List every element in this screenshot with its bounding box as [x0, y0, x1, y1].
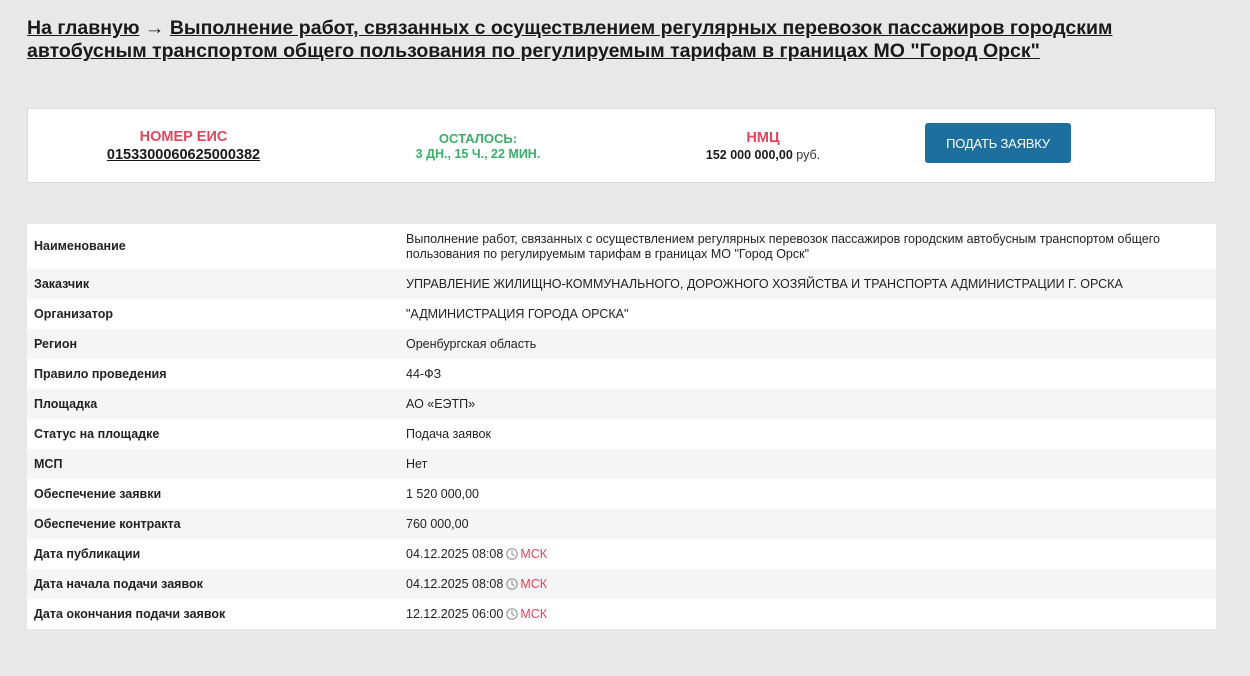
timezone-label: МСК: [520, 577, 547, 591]
row-value: "АДМИНИСТРАЦИЯ ГОРОДА ОРСКА": [399, 299, 1216, 329]
row-value: 04.12.2025 08:08МСК: [399, 569, 1216, 599]
row-label: Наименование: [27, 224, 399, 269]
nmc-label: НМЦ: [746, 130, 779, 146]
row-label: Обеспечение контракта: [27, 509, 399, 539]
time-remaining-block: ОСТАЛОСЬ: 3 ДН., 15 Ч., 22 МИН.: [378, 109, 578, 184]
row-label: Дата публикации: [27, 539, 399, 569]
date-value: 04.12.2025 08:08: [406, 547, 503, 561]
clock-icon: [506, 608, 518, 620]
table-row: Дата публикации 04.12.2025 08:08МСК: [27, 539, 1216, 569]
row-label: Площадка: [27, 389, 399, 419]
nmc-block: НМЦ 152 000 000,00 руб.: [688, 109, 838, 184]
tender-details-table: Наименование Выполнение работ, связанных…: [27, 224, 1216, 629]
table-row: Площадка АО «ЕЭТП»: [27, 389, 1216, 419]
table-row: Организатор "АДМИНИСТРАЦИЯ ГОРОДА ОРСКА": [27, 299, 1216, 329]
breadcrumb: На главную → Выполнение работ, связанных…: [27, 17, 1207, 63]
row-value: Выполнение работ, связанных с осуществле…: [399, 224, 1216, 269]
row-value: 12.12.2025 06:00МСК: [399, 599, 1216, 629]
clock-icon: [506, 578, 518, 590]
table-row: Наименование Выполнение работ, связанных…: [27, 224, 1216, 269]
row-value: 44-ФЗ: [399, 359, 1216, 389]
breadcrumb-separator: →: [145, 17, 165, 39]
time-remaining-label: ОСТАЛОСЬ:: [439, 131, 517, 146]
date-value: 12.12.2025 06:00: [406, 607, 503, 621]
timezone-label: МСК: [520, 607, 547, 621]
clock-icon: [506, 548, 518, 560]
row-label: Дата начала подачи заявок: [27, 569, 399, 599]
eis-number-link[interactable]: 0153300060625000382: [107, 146, 260, 164]
eis-block: НОМЕР ЕИС 0153300060625000382: [76, 109, 291, 184]
row-value: 760 000,00: [399, 509, 1216, 539]
table-row: Обеспечение заявки 1 520 000,00: [27, 479, 1216, 509]
nmc-currency: руб.: [796, 148, 820, 162]
row-label: Статус на площадке: [27, 419, 399, 449]
row-label: Обеспечение заявки: [27, 479, 399, 509]
row-label: Организатор: [27, 299, 399, 329]
nmc-value: 152 000 000,00 руб.: [706, 148, 820, 163]
row-label: МСП: [27, 449, 399, 479]
time-remaining-value: 3 ДН., 15 Ч., 22 МИН.: [416, 147, 541, 162]
row-value: 04.12.2025 08:08МСК: [399, 539, 1216, 569]
row-value: 1 520 000,00: [399, 479, 1216, 509]
row-label: Правило проведения: [27, 359, 399, 389]
table-row: Статус на площадке Подача заявок: [27, 419, 1216, 449]
timezone-label: МСК: [520, 547, 547, 561]
nmc-amount: 152 000 000,00: [706, 148, 793, 162]
table-row: МСП Нет: [27, 449, 1216, 479]
table-row: Заказчик УПРАВЛЕНИЕ ЖИЛИЩНО-КОММУНАЛЬНОГ…: [27, 269, 1216, 299]
table-row: Правило проведения 44-ФЗ: [27, 359, 1216, 389]
date-value: 04.12.2025 08:08: [406, 577, 503, 591]
row-label: Регион: [27, 329, 399, 359]
table-row: Дата начала подачи заявок 04.12.2025 08:…: [27, 569, 1216, 599]
row-value: Нет: [399, 449, 1216, 479]
row-label: Заказчик: [27, 269, 399, 299]
table-row: Дата окончания подачи заявок 12.12.2025 …: [27, 599, 1216, 629]
row-value: Подача заявок: [399, 419, 1216, 449]
tender-summary-card: НОМЕР ЕИС 0153300060625000382 ОСТАЛОСЬ: …: [27, 108, 1216, 183]
breadcrumb-current-title[interactable]: Выполнение работ, связанных с осуществле…: [27, 17, 1112, 62]
row-value: АО «ЕЭТП»: [399, 389, 1216, 419]
row-label: Дата окончания подачи заявок: [27, 599, 399, 629]
row-value: Оренбургская область: [399, 329, 1216, 359]
eis-label: НОМЕР ЕИС: [140, 129, 228, 145]
table-row: Регион Оренбургская область: [27, 329, 1216, 359]
table-row: Обеспечение контракта 760 000,00: [27, 509, 1216, 539]
submit-application-button[interactable]: ПОДАТЬ ЗАЯВКУ: [925, 123, 1071, 163]
row-value: УПРАВЛЕНИЕ ЖИЛИЩНО-КОММУНАЛЬНОГО, ДОРОЖН…: [399, 269, 1216, 299]
breadcrumb-home-link[interactable]: На главную: [27, 17, 139, 39]
